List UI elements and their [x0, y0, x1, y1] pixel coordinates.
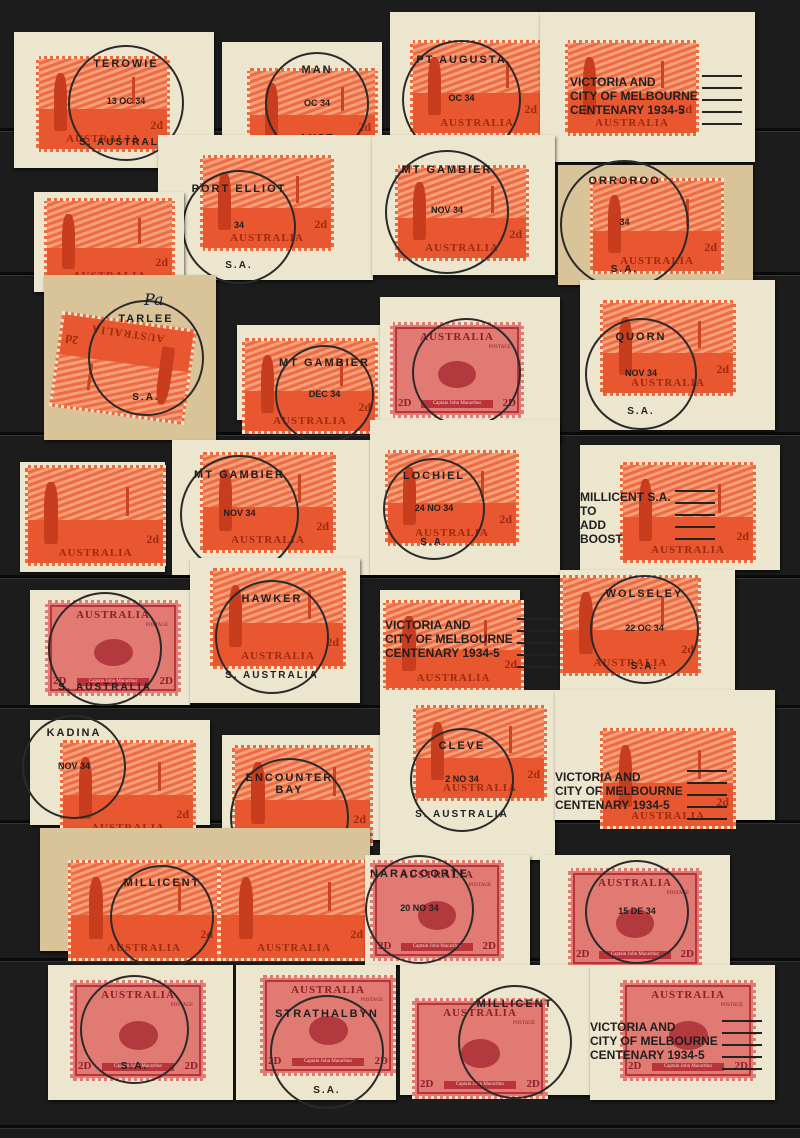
- stamp-denomination: 2d: [155, 255, 168, 270]
- postmark-state: S.A.: [385, 537, 483, 548]
- cathedral-spire-icon: [298, 474, 301, 503]
- stamp-subtitle: POSTAGE: [469, 883, 491, 888]
- slogan-cancel: MILLICENT S.A. TO ADD BOOST: [580, 490, 671, 546]
- cancel-bars: [687, 770, 727, 830]
- postmark: CLEVE2 NO 34S. AUSTRALIA: [410, 728, 514, 832]
- postmark: MILLICENT: [458, 985, 572, 1099]
- postmark-town: ORROROO: [562, 175, 687, 187]
- postmark-town: TARLEE: [90, 313, 202, 325]
- postmark-town: QUORN: [587, 331, 695, 343]
- postmark-town: MAN: [267, 64, 367, 76]
- postmark-town: MT GAMBIER: [387, 164, 507, 176]
- postmark: MILLICENT: [110, 865, 214, 969]
- stamp-denomination: 2d: [704, 240, 717, 255]
- postmark-town: ENCOUNTER BAY: [232, 772, 347, 796]
- pioneer-figure-icon: [261, 355, 274, 414]
- postmark-date: DEC 34: [277, 389, 372, 399]
- pencil-mark: Pa: [144, 290, 164, 309]
- postmark-town: PORT ELLIOT: [184, 183, 294, 195]
- postmark-town: MT GAMBIER: [277, 357, 372, 369]
- postmark: TARLEES.A.: [88, 300, 204, 416]
- postmark: 15 DE 34: [585, 860, 689, 964]
- postmark-state: S.A.: [592, 661, 697, 672]
- postmark-date: NOV 34: [182, 508, 297, 518]
- stamp-denomination: 2d: [716, 362, 729, 377]
- postmark: LOCHIEL24 NO 34S.A.: [383, 458, 485, 560]
- postmark-town: CLEVE: [412, 740, 512, 752]
- stamp-denomination: 2d: [176, 807, 189, 822]
- stamp-denomination: 2d: [527, 767, 540, 782]
- victoria-centenary-stamp: AUSTRALIA2d: [25, 465, 166, 566]
- postmark-state: S.A.: [184, 260, 294, 271]
- postmark: S. AUSTRALIA: [48, 592, 162, 706]
- postmark-state: S.A.: [587, 406, 695, 417]
- cancel-bars: [517, 618, 557, 678]
- stamp-denomination: 2D: [420, 1078, 433, 1090]
- stamp-denomination: 2d: [316, 519, 329, 534]
- postmark-date: 22 OC 34: [592, 623, 697, 633]
- postmark: KADINANOV 34: [22, 715, 126, 819]
- pioneer-figure-icon: [89, 877, 104, 939]
- postmark-date: 34: [184, 220, 294, 230]
- postmark-date: NOV 34: [587, 368, 695, 378]
- stamp-denomination: 2d: [65, 331, 80, 348]
- postmark-state: S.A.: [82, 1061, 187, 1072]
- stamp-denomination: 2d: [146, 532, 159, 547]
- postmark: NARACOORTE20 NO 34: [365, 855, 474, 964]
- slogan-cancel: VICTORIA AND CITY OF MELBOURNE CENTENARY…: [555, 770, 683, 812]
- stamp-denomination: 2d: [499, 512, 512, 527]
- cathedral-spire-icon: [138, 218, 141, 244]
- cancel-bars: [675, 490, 715, 550]
- cancel-bars: [722, 1020, 762, 1080]
- pioneer-figure-icon: [44, 482, 58, 544]
- postmark: [412, 318, 521, 427]
- pioneer-figure-icon: [239, 877, 254, 939]
- stamp-denomination: 2d: [314, 217, 327, 232]
- slogan-cancel: VICTORIA AND CITY OF MELBOURNE CENTENARY…: [570, 75, 698, 117]
- stamp-denomination: 2d: [524, 102, 537, 117]
- postmark-town: LOCHIEL: [385, 470, 483, 482]
- postmark: QUORNNOV 34S.A.: [585, 318, 697, 430]
- postmark-date: OC 34: [267, 98, 367, 108]
- postmark-date: NOV 34: [24, 761, 124, 771]
- postmark-state: S. AUSTRALIA: [50, 682, 160, 693]
- stamp-subtitle: POSTAGE: [361, 998, 383, 1003]
- stamp-caption: Captain John Macarthur: [652, 1063, 725, 1071]
- stamp-denomination: 2d: [350, 927, 363, 942]
- stamp-denomination: 2D: [160, 675, 173, 687]
- postmark-town: MILLICENT: [112, 877, 212, 889]
- stamp-denomination: 2d: [736, 529, 749, 544]
- cathedral-spire-icon: [296, 176, 299, 203]
- stamp-denomination: 2D: [576, 948, 589, 960]
- postmark-date: 2 NO 34: [412, 774, 512, 784]
- pioneer-figure-icon: [62, 214, 75, 269]
- postmark-town: KADINA: [24, 727, 124, 739]
- stamp-country: AUSTRALIA: [221, 942, 367, 954]
- postmark-town: TEROWIE: [70, 58, 182, 70]
- stamp-country: AUSTRALIA: [568, 117, 696, 129]
- postmark-town: STRATHALBYN: [272, 1008, 382, 1020]
- postmark-date: 34: [562, 217, 687, 227]
- postmark-town: HAWKER: [217, 593, 327, 605]
- postmark-date: 20 NO 34: [367, 903, 472, 913]
- cathedral-spire-icon: [718, 484, 721, 513]
- stamp-country: AUSTRALIA: [28, 547, 163, 559]
- postmark: PORT ELLIOT34S.A.: [182, 170, 296, 284]
- postmark: STRATHALBYNS.A.: [270, 995, 384, 1109]
- postmark: HAWKERS. AUSTRALIA: [215, 580, 329, 694]
- pioneer-figure-icon: [54, 73, 67, 132]
- stamp-denomination: 2D: [681, 948, 694, 960]
- cathedral-spire-icon: [698, 321, 701, 348]
- postmark-state: S. AUSTRALIA: [412, 809, 512, 820]
- slogan-cancel: VICTORIA AND CITY OF MELBOURNE CENTENARY…: [590, 1020, 718, 1062]
- stamp-denomination: 2d: [353, 812, 366, 827]
- postmark: MT GAMBIERDEC 34: [275, 345, 374, 444]
- stamp-denomination: 2D: [483, 940, 496, 952]
- stamp-denomination: 2D: [398, 397, 411, 409]
- postmark-state: S.A.: [272, 1085, 382, 1096]
- stamp-country: AUSTRALIA: [386, 672, 521, 684]
- postmark-state: S.A.: [90, 392, 202, 403]
- slogan-cancel: VICTORIA AND CITY OF MELBOURNE CENTENARY…: [385, 618, 513, 660]
- postmark: WOLSELEY22 OC 34S.A.: [590, 575, 699, 684]
- postmark-date: 24 NO 34: [385, 503, 483, 513]
- stockbook-strip: [0, 1125, 800, 1128]
- postmark: MT GAMBIERNOV 34: [180, 455, 299, 574]
- postmark: S.A.: [80, 975, 189, 1084]
- postmark-town: NARACOORTE: [367, 868, 472, 880]
- stamp-denomination: 2d: [509, 227, 522, 242]
- postmark-town: WOLSELEY: [592, 588, 697, 600]
- cathedral-spire-icon: [328, 882, 331, 911]
- postmark-town: MT GAMBIER: [182, 469, 297, 481]
- postmark-date: NOV 34: [387, 205, 507, 215]
- postmark-town: PT AUGUSTA: [404, 54, 519, 66]
- stamp-subtitle: POSTAGE: [721, 1003, 743, 1008]
- postmark-state: S. AUSTRALIA: [217, 670, 327, 681]
- postmark-town: MILLICENT: [460, 998, 570, 1010]
- cathedral-spire-icon: [126, 487, 129, 516]
- postmark: ORROROO34S.A.: [560, 160, 689, 289]
- postmark-state: S.A.: [562, 264, 687, 275]
- postmark-date: 13 OC 34: [70, 96, 182, 106]
- victoria-centenary-stamp: AUSTRALIA2d: [218, 860, 370, 961]
- stamp-country: AUSTRALIA: [623, 989, 753, 1001]
- cancel-bars: [702, 75, 742, 135]
- postmark: MT GAMBIERNOV 34: [385, 150, 509, 274]
- postmark-date: 15 DE 34: [587, 906, 687, 916]
- postmark-date: OC 34: [404, 93, 519, 103]
- cathedral-spire-icon: [158, 762, 161, 791]
